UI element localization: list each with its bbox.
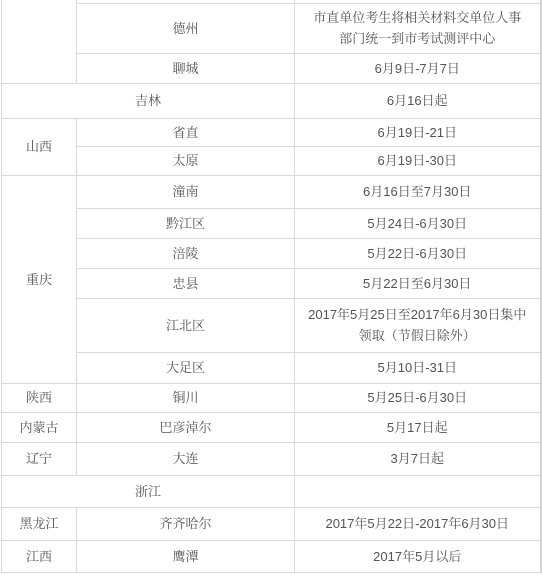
province-cell: 重庆 bbox=[2, 175, 77, 383]
table-row: 聊城 6月9日-7月7日 bbox=[2, 53, 541, 83]
city-cell: 铜川 bbox=[77, 383, 295, 412]
date-cell bbox=[295, 475, 541, 507]
province-cell: 陕西 bbox=[2, 383, 77, 412]
table-row: 内蒙古 巴彦淖尔 5月17日起 bbox=[2, 412, 541, 442]
table-row: 太原 6月19日-30日 bbox=[2, 146, 541, 175]
date-cell: 5月24日-6月30日 bbox=[295, 208, 541, 238]
city-cell: 巴彦淖尔 bbox=[77, 412, 295, 442]
province-cell: 浙江 bbox=[2, 475, 295, 507]
date-cell: 6月19日-30日 bbox=[295, 146, 541, 175]
city-cell: 潼南 bbox=[77, 175, 295, 208]
date-cell: 5月22日-6月30日 bbox=[295, 238, 541, 268]
city-cell: 江北区 bbox=[77, 298, 295, 352]
city-cell: 聊城 bbox=[77, 53, 295, 83]
province-cell: 内蒙古 bbox=[2, 412, 77, 442]
province-cell: 黑龙江 bbox=[2, 507, 77, 540]
city-cell: 黔江区 bbox=[77, 208, 295, 238]
city-cell: 太原 bbox=[77, 146, 295, 175]
table-row: 山西 省直 6月19日-21日 bbox=[2, 118, 541, 146]
table-row: 吉林 6月16日起 bbox=[2, 83, 541, 118]
table-row: 德州 市直单位考生将相关材料交单位人事 部门统一到市考试测评中心 bbox=[2, 3, 541, 53]
date-cell: 2017年5月以后 bbox=[295, 540, 541, 572]
date-cell: 5月17日起 bbox=[295, 412, 541, 442]
date-cell: 6月16日起 bbox=[295, 83, 541, 118]
date-line: 领取（节假日除外） bbox=[303, 325, 532, 346]
date-line: 2017年5月25日至2017年6月30日集中 bbox=[303, 304, 532, 325]
date-cell: 6月19日-21日 bbox=[295, 118, 541, 146]
table-row: 江西 鹰潭 2017年5月以后 bbox=[2, 540, 541, 572]
city-cell: 大足区 bbox=[77, 352, 295, 383]
table-row: 黔江区 5月24日-6月30日 bbox=[2, 208, 541, 238]
date-cell: 2017年5月22日-2017年6月30日 bbox=[295, 507, 541, 540]
province-cell: 山西 bbox=[2, 118, 77, 175]
city-cell: 省直 bbox=[77, 118, 295, 146]
date-cell: 5月10日-31日 bbox=[295, 352, 541, 383]
city-cell: 鹰潭 bbox=[77, 540, 295, 572]
province-cell: 吉林 bbox=[2, 83, 295, 118]
province-cell bbox=[2, 0, 77, 83]
date-cell: 5月22日至6月30日 bbox=[295, 268, 541, 298]
province-cell: 江西 bbox=[2, 540, 77, 572]
table-row: 江北区 2017年5月25日至2017年6月30日集中 领取（节假日除外） bbox=[2, 298, 541, 352]
city-cell: 涪陵 bbox=[77, 238, 295, 268]
table-row: 大足区 5月10日-31日 bbox=[2, 352, 541, 383]
city-cell: 大连 bbox=[77, 442, 295, 475]
table-row: 浙江 bbox=[2, 475, 541, 507]
table-row: 陕西 铜川 5月25日-6月30日 bbox=[2, 383, 541, 412]
date-cell: 5月25日-6月30日 bbox=[295, 383, 541, 412]
date-line: 部门统一到市考试测评中心 bbox=[303, 28, 532, 49]
date-cell: 市直单位考生将相关材料交单位人事 部门统一到市考试测评中心 bbox=[295, 3, 541, 53]
date-cell: 2017年5月25日至2017年6月30日集中 领取（节假日除外） bbox=[295, 298, 541, 352]
province-cell: 辽宁 bbox=[2, 442, 77, 475]
table-row: 辽宁 大连 3月7日起 bbox=[2, 442, 541, 475]
table-row: 黑龙江 齐齐哈尔 2017年5月22日-2017年6月30日 bbox=[2, 507, 541, 540]
table-row: 重庆 潼南 6月16日至7月30日 bbox=[2, 175, 541, 208]
city-cell: 齐齐哈尔 bbox=[77, 507, 295, 540]
table-row: 涪陵 5月22日-6月30日 bbox=[2, 238, 541, 268]
date-cell: 6月16日至7月30日 bbox=[295, 175, 541, 208]
city-cell: 忠县 bbox=[77, 268, 295, 298]
date-cell: 6月9日-7月7日 bbox=[295, 53, 541, 83]
date-cell: 3月7日起 bbox=[295, 442, 541, 475]
table-row: 忠县 5月22日至6月30日 bbox=[2, 268, 541, 298]
date-line: 市直单位考生将相关材料交单位人事 bbox=[303, 7, 532, 28]
schedule-table: 德州 市直单位考生将相关材料交单位人事 部门统一到市考试测评中心 聊城 6月9日… bbox=[1, 0, 542, 573]
city-cell: 德州 bbox=[77, 3, 295, 53]
